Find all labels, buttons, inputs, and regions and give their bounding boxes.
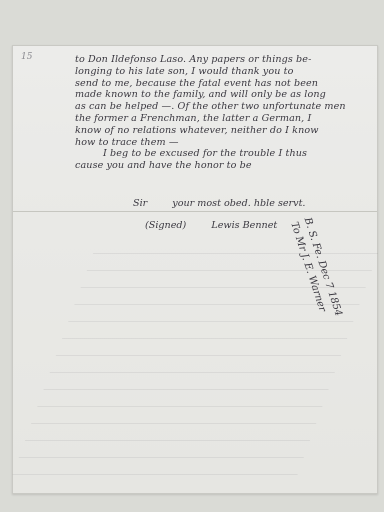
- letter-line: I beg to be excused for the trouble I th…: [75, 148, 365, 160]
- letter-line: send to me, because the fatal event has …: [75, 78, 365, 90]
- signature: (Signed) Lewis Bennet: [145, 220, 277, 231]
- closing-text: your most obed. hble servt.: [172, 198, 305, 209]
- letter-line: cause you and have the honor to be: [75, 160, 365, 172]
- letter-line: how to trace them —: [75, 137, 365, 149]
- letter-line: made known to the family, and will only …: [75, 89, 365, 101]
- letter-line: the former a Frenchman, the latter a Ger…: [75, 113, 365, 125]
- page-number: 15: [21, 52, 32, 62]
- signed-label: (Signed): [145, 220, 186, 231]
- paper-fold-line: [13, 211, 377, 212]
- letter-line: longing to his late son, I would thank y…: [75, 66, 365, 78]
- letter-closing: Sir your most obed. hble servt.: [133, 198, 305, 209]
- letter-line: know of no relations whatever, neither d…: [75, 125, 365, 137]
- letter-page: 15 to Don Ildefonso Laso. Any papers or …: [12, 45, 378, 494]
- signature-name: Lewis Bennet: [211, 220, 277, 231]
- letter-body: to Don Ildefonso Laso. Any papers or thi…: [75, 54, 365, 172]
- letter-line: to Don Ildefonso Laso. Any papers or thi…: [75, 54, 365, 66]
- closing-salutation: Sir: [133, 198, 147, 209]
- letter-line: as can be helped —. Of the other two unf…: [75, 101, 365, 113]
